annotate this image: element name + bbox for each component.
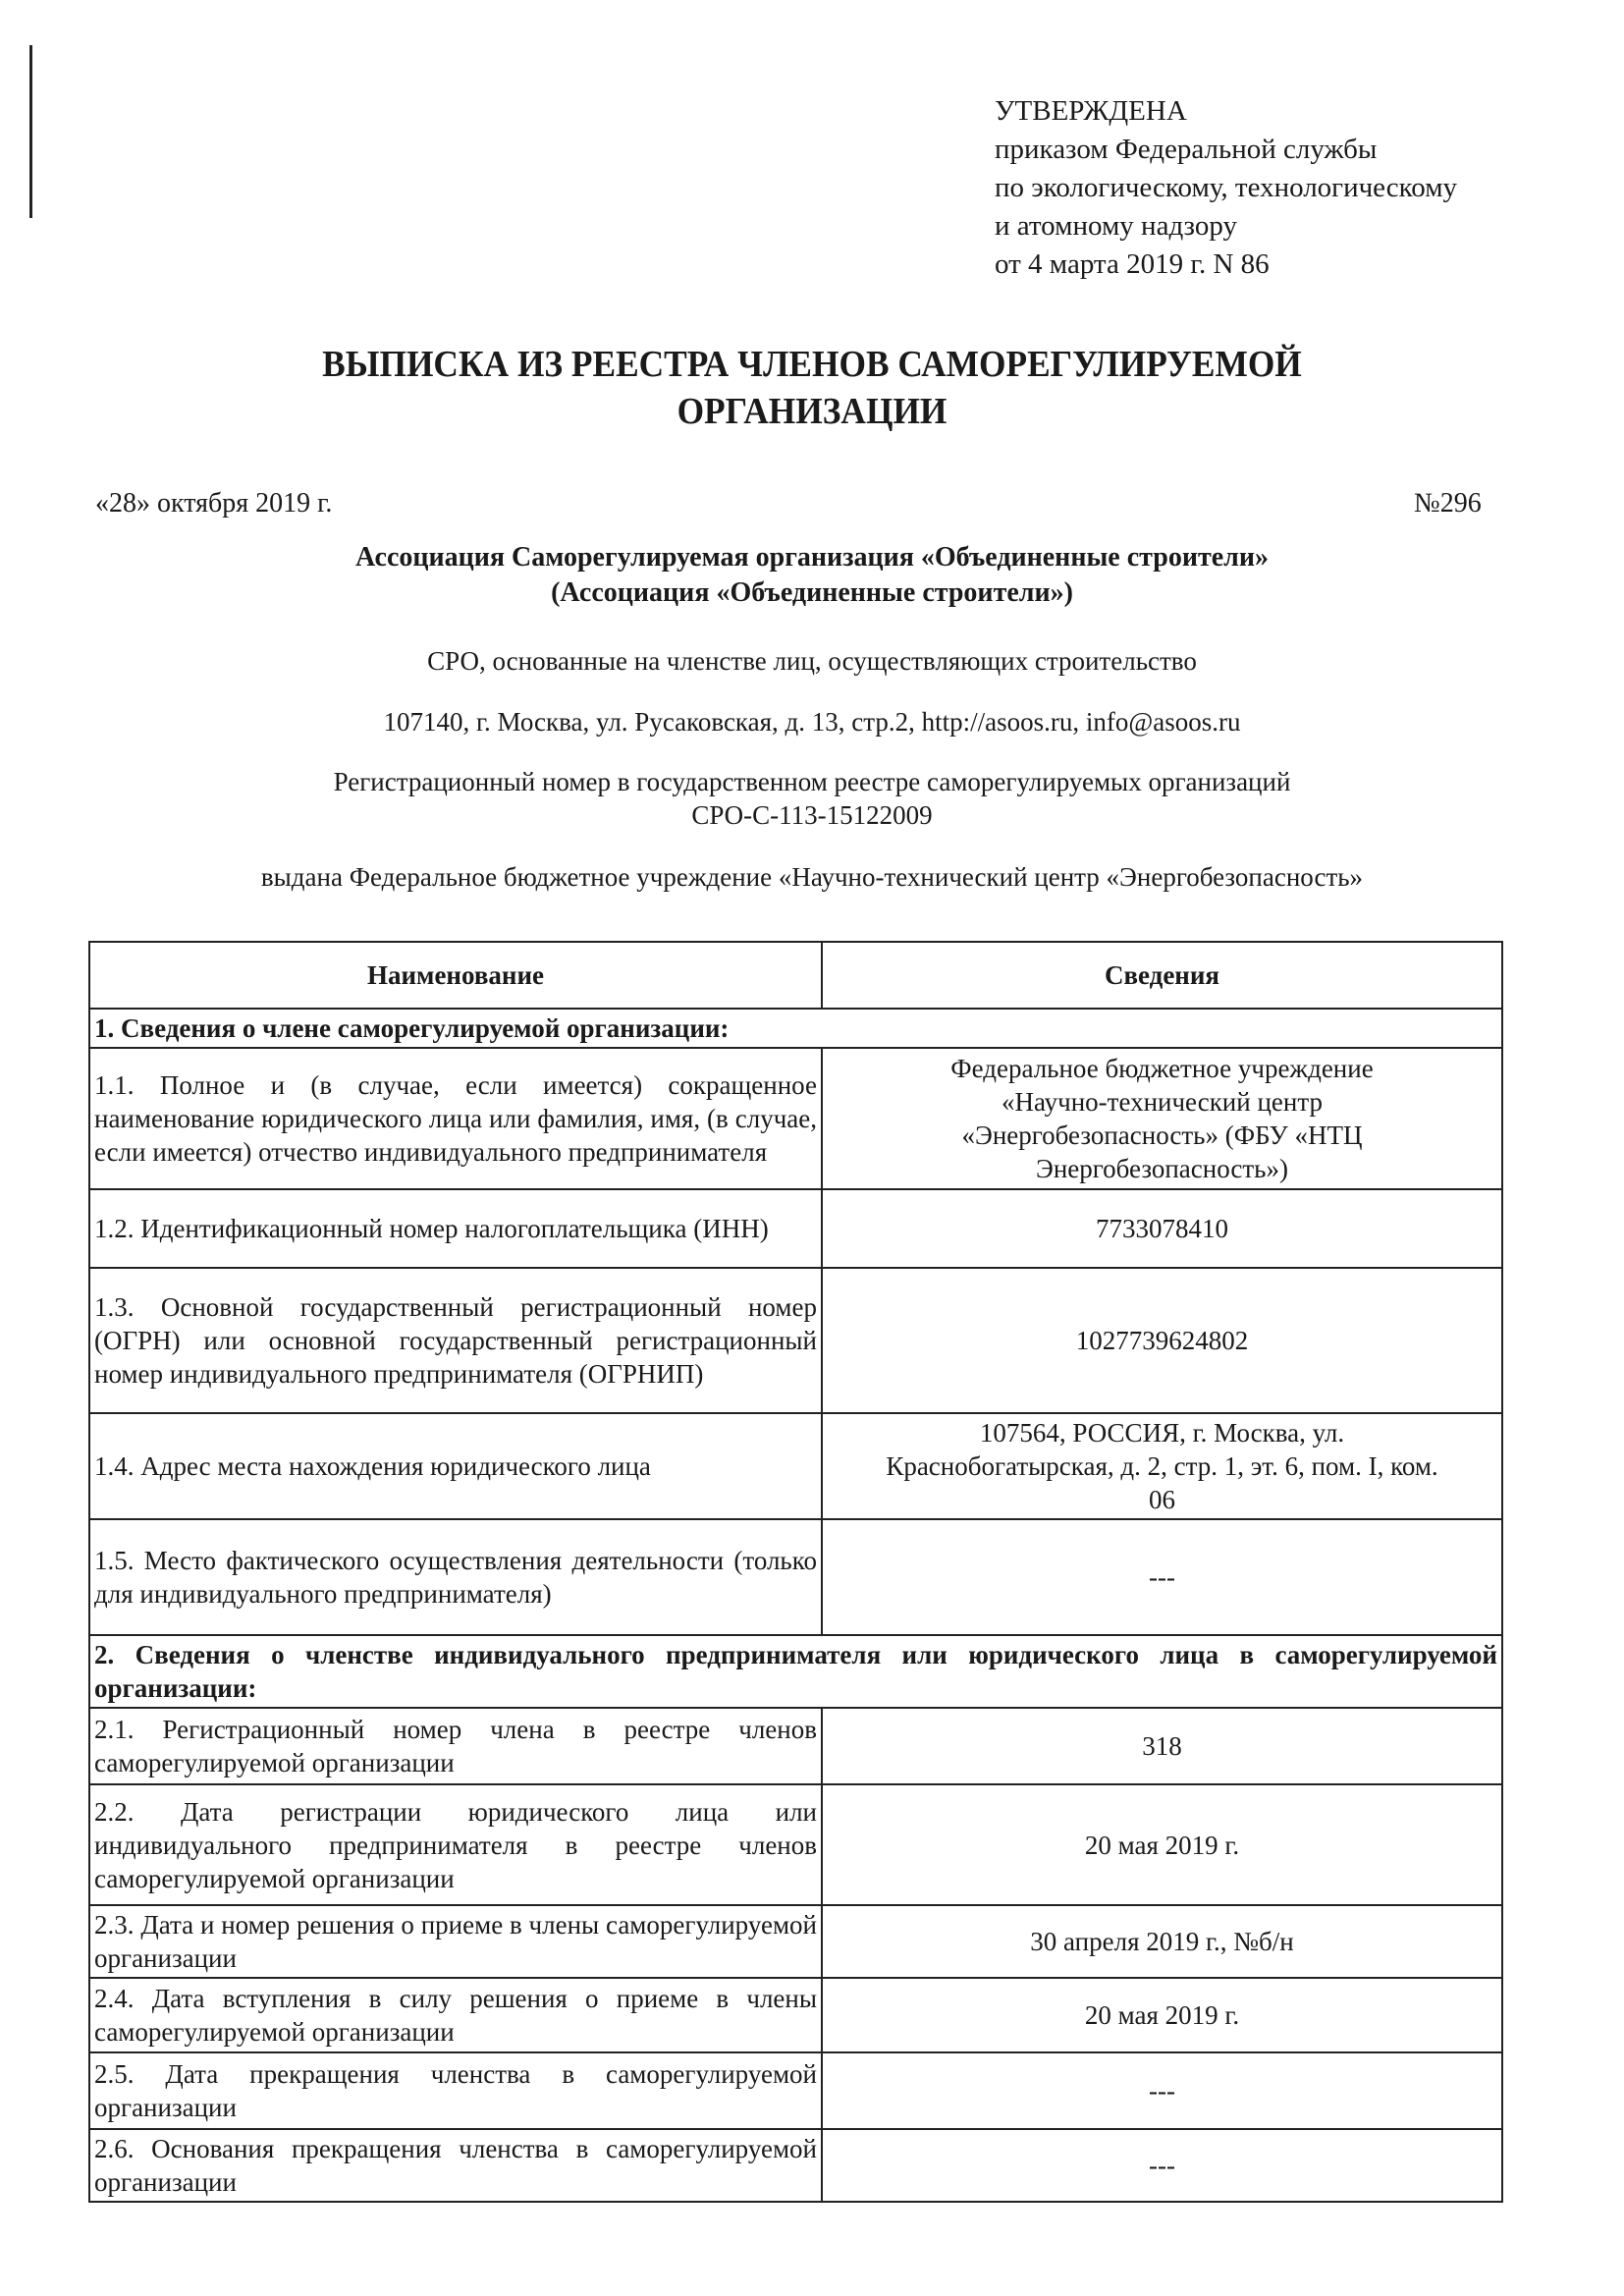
organization-full-name: Ассоциация Саморегулируемая организация … — [0, 540, 1624, 575]
approval-line: и атомному надзору — [995, 207, 1457, 246]
table-row: 2.3. Дата и номер решения о приеме в чле… — [89, 1905, 1502, 1978]
row-name: 2.3. Дата и номер решения о приеме в чле… — [89, 1905, 822, 1978]
row-value: --- — [822, 1519, 1502, 1635]
registration-label: Регистрационный номер в государственном … — [0, 765, 1624, 798]
header-name: Наименование — [89, 942, 822, 1009]
issued-to: выдана Федеральное бюджетное учреждение … — [0, 860, 1624, 894]
row-value: --- — [822, 2052, 1502, 2129]
row-value: 20 мая 2019 г. — [822, 1978, 1502, 2052]
row-name: 2.4. Дата вступления в силу решения о пр… — [89, 1978, 822, 2052]
value-line: Энергобезопасность») — [827, 1152, 1497, 1185]
organization-address: 107140, г. Москва, ул. Русаковская, д. 1… — [0, 705, 1624, 738]
row-value: 1027739624802 — [822, 1268, 1502, 1413]
document-date: «28» октября 2019 г. — [95, 488, 332, 519]
section-1-heading: 1. Сведения о члене саморегулируемой орг… — [89, 1009, 1502, 1048]
section-row: 2. Сведения о членстве индивидуального п… — [89, 1635, 1502, 1708]
table-row: 1.2. Идентификационный номер налогоплате… — [89, 1189, 1502, 1268]
value-line: Краснобогатырская, д. 2, стр. 1, эт. 6, … — [827, 1449, 1497, 1483]
organization-short-name: (Ассоциация «Объединенные строители») — [0, 575, 1624, 611]
header-value: Сведения — [822, 942, 1502, 1009]
title-line-1: ВЫПИСКА ИЗ РЕЕСТРА ЧЛЕНОВ САМОРЕГУЛИРУЕМ… — [57, 341, 1567, 388]
table-row: 1.3. Основной государственный регистраци… — [89, 1268, 1502, 1413]
row-name: 1.2. Идентификационный номер налогоплате… — [89, 1189, 822, 1268]
row-name: 2.6. Основания прекращения членства в са… — [89, 2129, 822, 2202]
table-row: 2.6. Основания прекращения членства в са… — [89, 2129, 1502, 2202]
value-line: Федеральное бюджетное учреждение — [827, 1052, 1497, 1085]
approval-line: по экологическому, технологическому — [995, 169, 1457, 207]
table-header-row: Наименование Сведения — [89, 942, 1502, 1009]
value-line: «Энергобезопасность» (ФБУ «НТЦ — [827, 1119, 1497, 1152]
title-line-2: ОРГАНИЗАЦИИ — [57, 388, 1567, 435]
table-row: 2.5. Дата прекращения членства в саморег… — [89, 2052, 1502, 2129]
row-value: 30 апреля 2019 г., №б/н — [822, 1905, 1502, 1978]
approval-stamp: УТВЕРЖДЕНА приказом Федеральной службы п… — [995, 92, 1457, 284]
row-name: 1.1. Полное и (в случае, если имеется) с… — [89, 1048, 822, 1189]
row-name: 2.1. Регистрационный номер члена в реест… — [89, 1708, 822, 1784]
registry-table: Наименование Сведения 1. Сведения о член… — [88, 941, 1503, 2203]
registration-info: Регистрационный номер в государственном … — [0, 765, 1624, 832]
organization-name: Ассоциация Саморегулируемая организация … — [0, 540, 1624, 611]
row-name: 2.2. Дата регистрации юридического лица … — [89, 1784, 822, 1905]
approval-line: от 4 марта 2019 г. N 86 — [995, 246, 1457, 284]
table-row: 2.2. Дата регистрации юридического лица … — [89, 1784, 1502, 1905]
row-value: 107564, РОССИЯ, г. Москва, ул. Краснобог… — [822, 1413, 1502, 1519]
approval-line: УТВЕРЖДЕНА — [995, 92, 1457, 131]
document-number: №296 — [1414, 488, 1482, 519]
table-row: 1.5. Место фактического осуществления де… — [89, 1519, 1502, 1635]
table-row: 1.1. Полное и (в случае, если имеется) с… — [89, 1048, 1502, 1189]
approval-line: приказом Федеральной службы — [995, 131, 1457, 169]
section-2-heading: 2. Сведения о членстве индивидуального п… — [89, 1635, 1502, 1708]
value-line: «Научно-технический центр — [827, 1085, 1497, 1119]
table-row: 2.4. Дата вступления в силу решения о пр… — [89, 1978, 1502, 2052]
sro-type: СРО, основанные на членстве лиц, осущест… — [0, 644, 1624, 678]
section-row: 1. Сведения о члене саморегулируемой орг… — [89, 1009, 1502, 1048]
row-name: 1.5. Место фактического осуществления де… — [89, 1519, 822, 1635]
row-value: 7733078410 — [822, 1189, 1502, 1268]
value-line: 06 — [827, 1483, 1497, 1516]
registration-number: СРО-С-113-15122009 — [0, 798, 1624, 832]
row-value: 318 — [822, 1708, 1502, 1784]
row-value: 20 мая 2019 г. — [822, 1784, 1502, 1905]
row-name: 2.5. Дата прекращения членства в саморег… — [89, 2052, 822, 2129]
row-name: 1.3. Основной государственный регистраци… — [89, 1268, 822, 1413]
table-row: 2.1. Регистрационный номер члена в реест… — [89, 1708, 1502, 1784]
scan-edge-mark — [29, 45, 32, 218]
document-title: ВЫПИСКА ИЗ РЕЕСТРА ЧЛЕНОВ САМОРЕГУЛИРУЕМ… — [57, 341, 1567, 435]
table-row: 1.4. Адрес места нахождения юридического… — [89, 1413, 1502, 1519]
value-line: 107564, РОССИЯ, г. Москва, ул. — [827, 1416, 1497, 1449]
row-value: --- — [822, 2129, 1502, 2202]
row-value: Федеральное бюджетное учреждение «Научно… — [822, 1048, 1502, 1189]
row-name: 1.4. Адрес места нахождения юридического… — [89, 1413, 822, 1519]
